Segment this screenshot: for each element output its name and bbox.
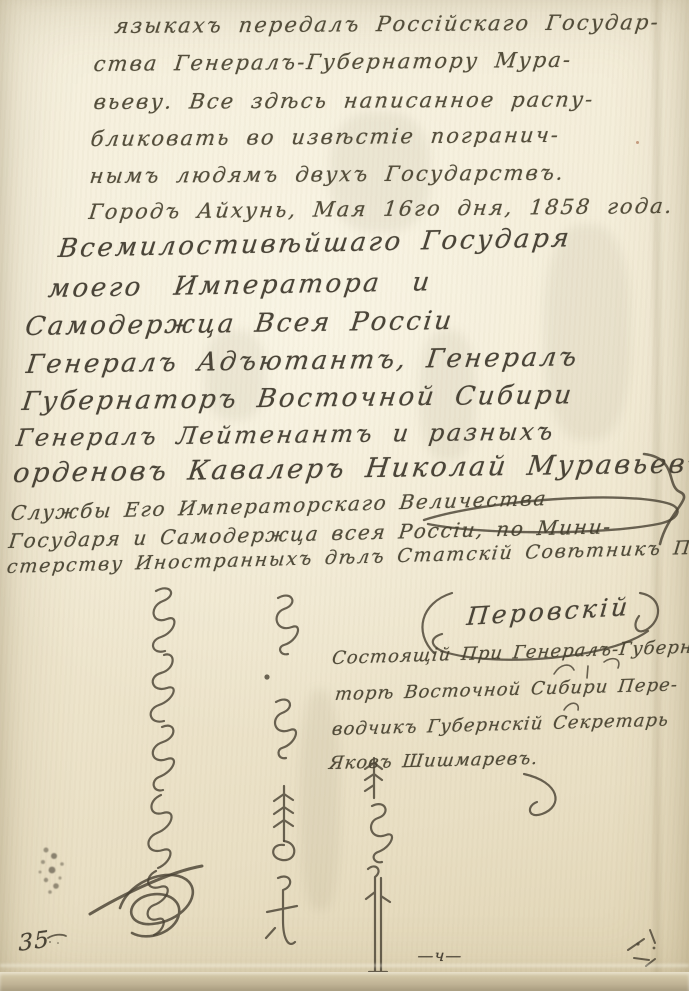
scanned-treaty-page: языкахъ передалъ Россійскаго Государ- ст… bbox=[0, 0, 689, 991]
handwritten-line: моего Императора и bbox=[47, 269, 434, 302]
date-place-line: Городъ Айхунь, Мая 16го дня, 1858 года. bbox=[88, 196, 675, 223]
insertion-mark bbox=[558, 692, 592, 718]
insertion-mark bbox=[546, 646, 638, 682]
stamp-smudge bbox=[32, 840, 78, 900]
handwritten-line: вьеву. Все здѣсь написанное распу- bbox=[93, 89, 596, 113]
paper-speck bbox=[636, 141, 639, 144]
muravyov-name-line: орденовъ Кавалеръ Николай Муравьевъ bbox=[12, 450, 689, 487]
page-number-dash bbox=[46, 930, 68, 944]
handwritten-line: языкахъ передалъ Россійскаго Государ- bbox=[114, 12, 661, 37]
handwritten-line: ства Генералъ-Губернатору Мура- bbox=[93, 50, 574, 75]
manchu-signature-flourish bbox=[86, 850, 208, 946]
handwritten-line: Генералъ Лейтенантъ и разныхъ bbox=[15, 419, 557, 450]
handwritten-line: Всемилостивѣйшаго Государя bbox=[57, 225, 573, 262]
paper-bottom-edge bbox=[0, 972, 689, 991]
handwritten-line: Генералъ Адъютантъ, Генералъ bbox=[25, 344, 581, 378]
page-marker: —ч— bbox=[417, 948, 463, 964]
paper-crease bbox=[0, 964, 689, 967]
handwritten-line: бликовать во извѣстіе погранич- bbox=[90, 125, 562, 150]
manchu-script-column-middle bbox=[238, 588, 314, 960]
handwritten-line: водчикъ Губернскій Секретарь bbox=[331, 712, 670, 739]
handwritten-line: нымъ людямъ двухъ Государствъ. bbox=[89, 163, 567, 187]
handwritten-line: Самодержца Всея Россіи bbox=[24, 308, 456, 340]
handwritten-line: Губернаторъ Восточной Сибири bbox=[21, 382, 576, 415]
ink-mark-bottom-right bbox=[614, 914, 670, 978]
manchu-script-column-right bbox=[336, 752, 408, 986]
shishmarev-flourish-tail bbox=[516, 768, 580, 826]
